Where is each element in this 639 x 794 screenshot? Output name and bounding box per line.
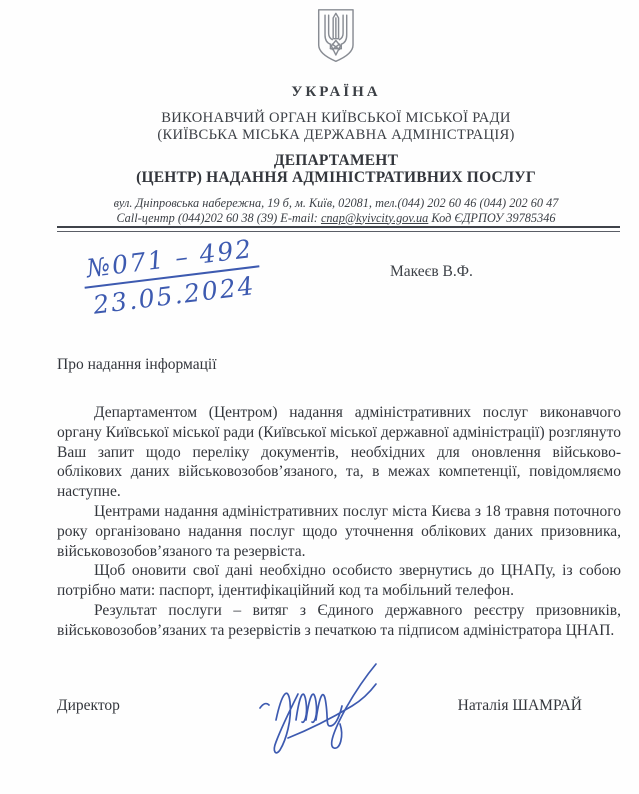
country-title: УКРАЇНА (57, 84, 615, 101)
contact-info-block: вул. Дніпровська набережна, 19 б, м. Киї… (57, 196, 615, 225)
scanned-letter-page: УКРАЇНА ВИКОНАВЧИЙ ОРГАН КИЇВСЬКОЇ МІСЬК… (0, 0, 639, 794)
letterhead-divider-rule (57, 226, 620, 232)
department-line1: ДЕПАРТАМЕНТ (57, 152, 615, 169)
contact-line-prefix: Call-центр (044)202 60 38 (39) E-mail: (116, 211, 321, 225)
department-name-block: ДЕПАРТАМЕНТ (ЦЕНТР) НАДАННЯ АДМІНІСТРАТИ… (57, 152, 615, 186)
body-paragraph: Департаментом (Центром) надання адмініст… (57, 403, 621, 502)
contact-line: Call-центр (044)202 60 38 (39) E-mail: c… (57, 211, 615, 226)
subject-line: Про надання інформації (57, 356, 217, 374)
signer-name: Наталія ШАМРАЙ (400, 697, 582, 715)
org-name-line1: ВИКОНАВЧИЙ ОРГАН КИЇВСЬКОЇ МІСЬКОЇ РАДИ (57, 110, 615, 127)
org-name-block: ВИКОНАВЧИЙ ОРГАН КИЇВСЬКОЇ МІСЬКОЇ РАДИ … (57, 110, 615, 143)
org-name-line2: (КИЇВСЬКА МІСЬКА ДЕРЖАВНА АДМІНІСТРАЦІЯ) (57, 127, 615, 144)
addressee-name: Макеєв В.Ф. (390, 263, 473, 281)
signer-position-title: Директор (57, 697, 120, 715)
director-handwritten-signature-icon (252, 662, 392, 770)
contact-line-suffix: Код ЄДРПОУ 39785346 (428, 211, 555, 225)
body-paragraph: Центрами надання адміністративних послуг… (57, 502, 621, 561)
email-link[interactable]: cnap@kyivcity.gov.ua (321, 211, 428, 225)
letter-body: Департаментом (Центром) надання адмініст… (57, 403, 621, 641)
emblem-wrap (57, 8, 615, 66)
address-line: вул. Дніпровська набережна, 19 б, м. Киї… (57, 196, 615, 211)
department-line2: (ЦЕНТР) НАДАННЯ АДМІНІСТРАТИВНИХ ПОСЛУГ (57, 169, 615, 186)
body-paragraph: Результат послуги – витяг з Єдиного держ… (57, 601, 621, 641)
letterhead: УКРАЇНА ВИКОНАВЧИЙ ОРГАН КИЇВСЬКОЇ МІСЬК… (57, 0, 615, 225)
handwritten-registration-stamp: №071 – 492 23.05.2024 (81, 234, 264, 321)
ukraine-trident-emblem-icon (316, 8, 356, 64)
body-paragraph: Щоб оновити свої дані необхідно особисто… (57, 561, 621, 601)
